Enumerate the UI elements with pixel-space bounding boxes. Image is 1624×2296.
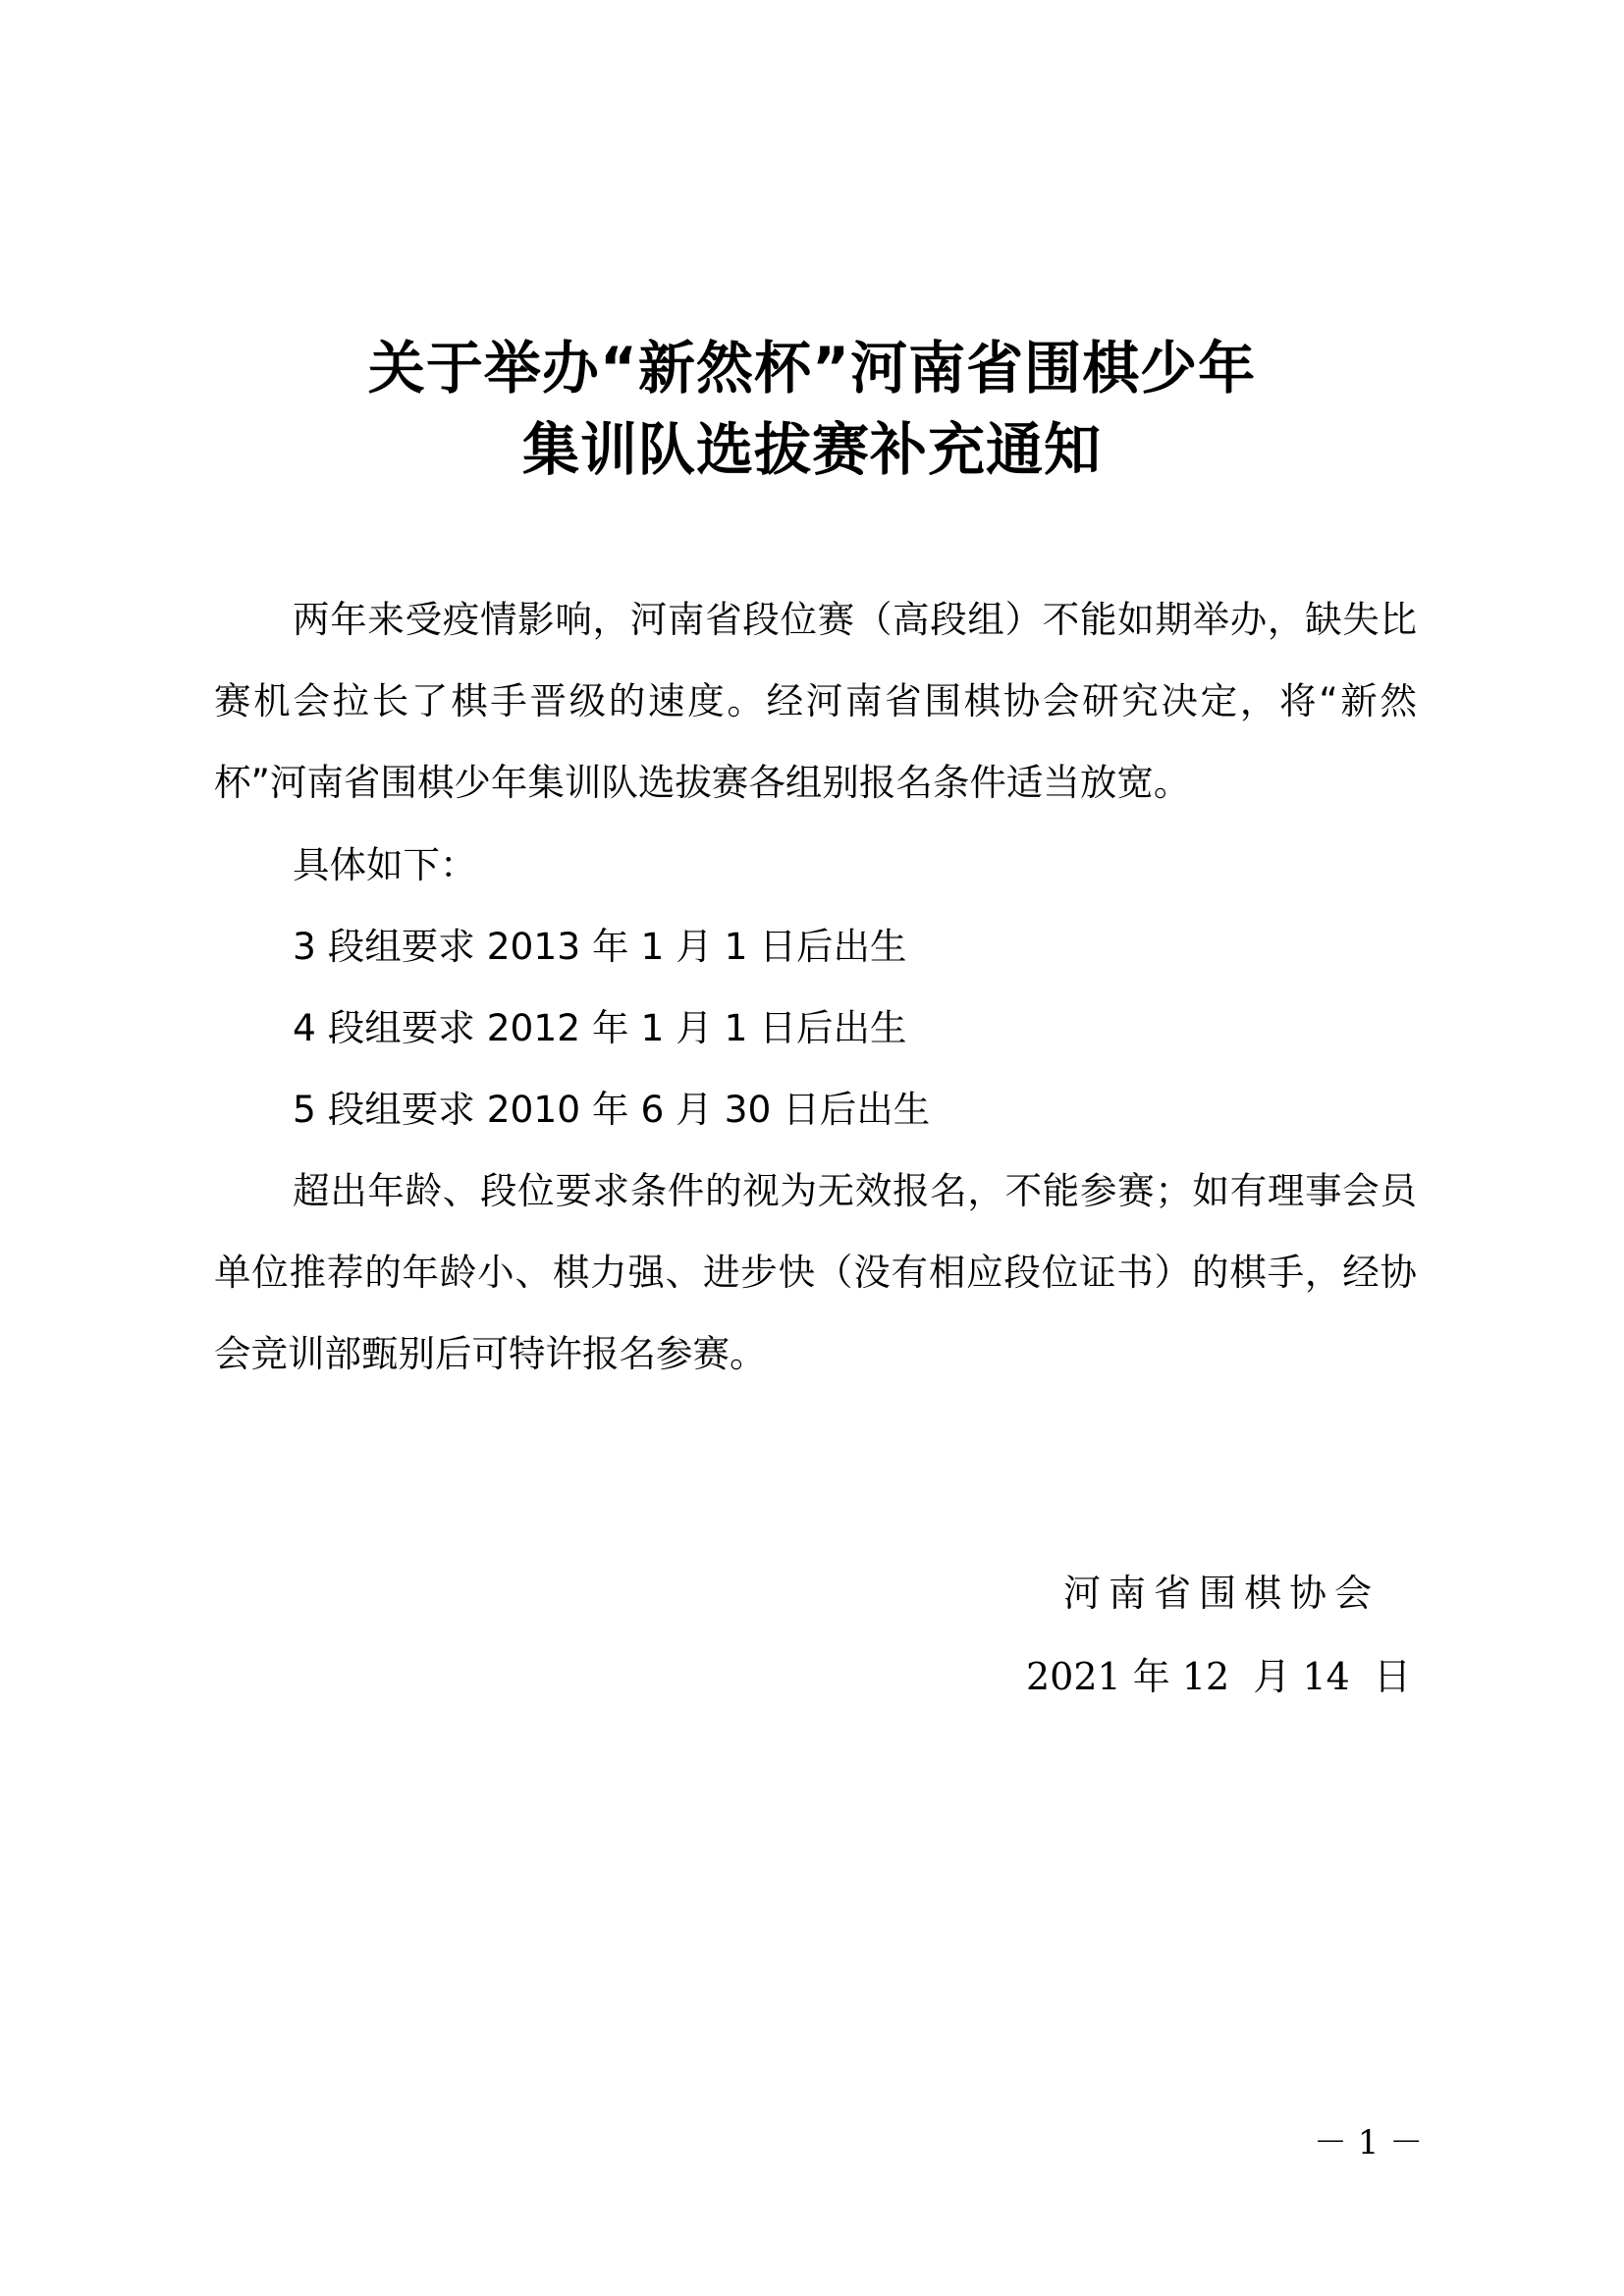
requirement-3-dan: 3 段组要求 2013 年 1 月 1 日后出生 [293, 906, 906, 988]
closing-paragraph: 超出年龄、段位要求条件的视为无效报名，不能参赛；如有理事会员单位推荐的年龄小、棋… [214, 1150, 1417, 1395]
details-heading: 具体如下： [293, 825, 477, 906]
signature-organization: 河南省围棋协会 [1063, 1564, 1380, 1623]
document-title-line-2: 集训队选拔赛补充通知 [0, 415, 1624, 484]
page-number: － 1 － [1314, 2123, 1423, 2163]
document-page: 关于举办“新然杯”河南省围棋少年 集训队选拔赛补充通知 两年来受疫情影响，河南省… [0, 0, 1624, 2296]
requirement-5-dan: 5 段组要求 2010 年 6 月 30 日后出生 [293, 1069, 930, 1150]
signature-date: 2021 年 12 月 14 日 [1026, 1647, 1411, 1706]
document-title-line-1: 关于举办“新然杯”河南省围棋少年 [0, 334, 1624, 402]
intro-paragraph: 两年来受疫情影响，河南省段位赛（高段组）不能如期举办，缺失比赛机会拉长了棋手晋级… [214, 579, 1417, 824]
requirement-4-dan: 4 段组要求 2012 年 1 月 1 日后出生 [293, 988, 906, 1069]
